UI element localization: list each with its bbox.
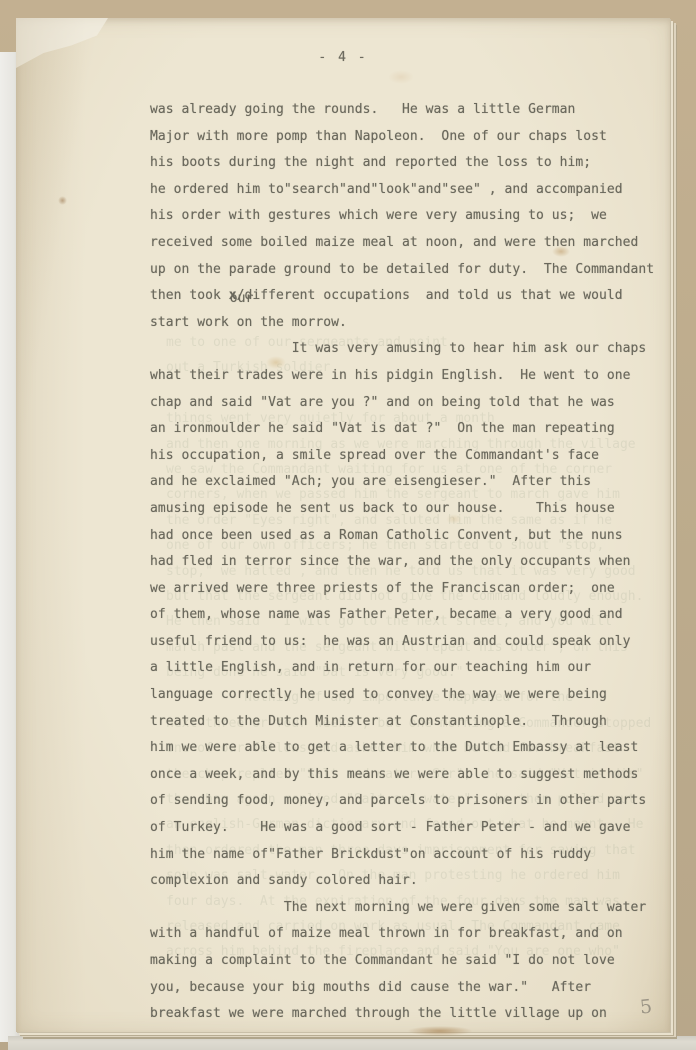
typed-line: useful friend to us: he was an Austrian … [150, 629, 670, 656]
pencil-page-mark: 5 [639, 995, 653, 1018]
stain [388, 70, 414, 84]
typed-line: of sending food, money, and parcels to p… [150, 788, 670, 815]
typed-line: his order with gestures which were very … [150, 203, 670, 230]
typed-line: and he exclaimed "Ach; you are eisengies… [150, 469, 670, 496]
typed-line: had fled in terror since the war, and th… [150, 549, 670, 576]
typed-line: start work on the morrow. [150, 310, 670, 337]
typed-line: treated to the Dutch Minister at Constan… [150, 709, 670, 736]
typed-line: then took ourx/different occupations and… [150, 283, 670, 310]
typed-line: him we were able to get a letter to the … [150, 735, 670, 762]
typed-line: him the name of"Father Brickdust"on acco… [150, 842, 670, 869]
inserted-word-above-line: our [230, 286, 254, 313]
typed-line: he ordered him to"search"and"look"and"se… [150, 177, 670, 204]
typed-line: had once been used as a Roman Catholic C… [150, 523, 670, 550]
typed-line: once a week, and by this means we were a… [150, 762, 670, 789]
typed-line: with a handful of maize meal thrown in f… [150, 921, 670, 948]
paper-sheet: me to one of our sergeants and pointout … [16, 18, 670, 1032]
typed-text-block: was already going the rounds. He was a l… [150, 97, 670, 1028]
scanned-document-photo: { "document": { "page_number_label": "- … [0, 0, 696, 1050]
typed-line: a little English, and in return for our … [150, 655, 670, 682]
typed-line: of them, whose name was Father Peter, be… [150, 602, 670, 629]
typed-line: was already going the rounds. He was a l… [150, 97, 670, 124]
typed-line: breakfast we were marched through the li… [150, 1001, 670, 1028]
typed-line: Major with more pomp than Napoleon. One … [150, 124, 670, 151]
typed-line: up on the parade ground to be detailed f… [150, 257, 670, 284]
stain [58, 196, 67, 205]
typed-line: received some boiled maize meal at noon,… [150, 230, 670, 257]
typed-line: complexion and sandy colored hair. [150, 868, 670, 895]
typed-line: It was very amusing to hear him ask our … [150, 336, 670, 363]
underlying-sheet-bottom-edge [8, 1036, 696, 1050]
typed-line: of Turkey. He was a good sort - Father P… [150, 815, 670, 842]
left-edge-shadow [16, 18, 86, 1032]
typed-line: chap and said "Vat are you ?" and on bei… [150, 390, 670, 417]
typed-line: you, because your big mouths did cause t… [150, 975, 670, 1002]
typed-line: what their trades were in his pidgin Eng… [150, 363, 670, 390]
typed-line: The next morning we were given some salt… [150, 895, 670, 922]
typed-line: amusing episode he sent us back to our h… [150, 496, 670, 523]
typed-line: we arrived were three priests of the Fra… [150, 576, 670, 603]
typed-line: his occupation, a smile spread over the … [150, 443, 670, 470]
typed-line: his boots during the night and reported … [150, 150, 670, 177]
typed-line: an ironmoulder he said "Vat is dat ?" On… [150, 416, 670, 443]
typed-line: making a complaint to the Commandant he … [150, 948, 670, 975]
page-number: - 4 - [16, 50, 670, 65]
typed-line: language correctly he used to convey the… [150, 682, 670, 709]
